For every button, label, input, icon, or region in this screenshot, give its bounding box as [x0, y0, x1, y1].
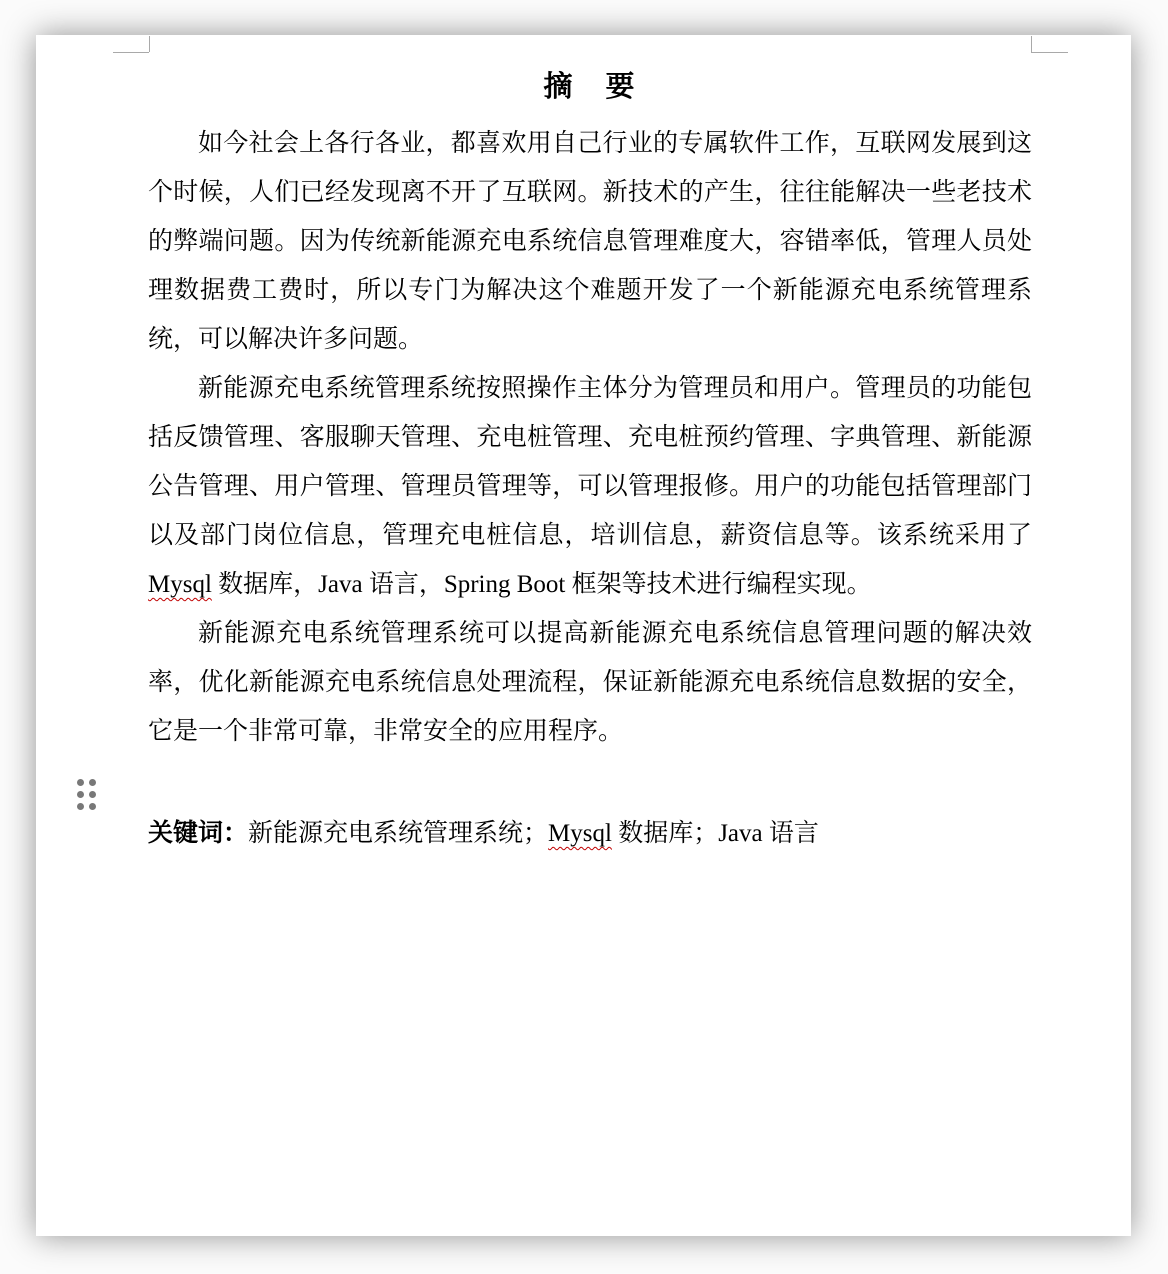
keywords-label: 关键词：: [148, 820, 248, 847]
text-run: 数据库；Java 语言: [612, 820, 819, 847]
document-body: 如今社会上各行各业，都喜欢用自己行业的专属软件工作，互联网发展到这个时候，人们已…: [148, 119, 1032, 756]
paragraph: 新能源充电系统管理系统可以提高新能源充电系统信息管理问题的解决效率，优化新能源充…: [148, 609, 1032, 756]
misspelled-word: Mysql: [548, 820, 612, 847]
drag-handle-dot: [89, 779, 96, 786]
document-viewer-background: 摘 要 如今社会上各行各业，都喜欢用自己行业的专属软件工作，互联网发展到这个时候…: [0, 0, 1168, 1274]
margin-crop-mark-top-left: [113, 52, 149, 53]
drag-handle-dot: [89, 803, 96, 810]
keywords-text: 新能源充电系统管理系统；Mysql 数据库；Java 语言: [248, 820, 819, 847]
keywords-line: 关键词：新能源充电系统管理系统；Mysql 数据库；Java 语言: [148, 809, 1032, 858]
misspelled-word: Mysql: [148, 571, 212, 598]
text-area: 摘 要 如今社会上各行各业，都喜欢用自己行业的专属软件工作，互联网发展到这个时候…: [148, 35, 1032, 858]
text-run: 新能源充电系统管理系统；: [248, 820, 548, 847]
text-run: 数据库，Java 语言，Spring Boot 框架等技术进行编程实现。: [212, 571, 872, 598]
text-run: 新能源充电系统管理系统可以提高新能源充电系统信息管理问题的解决效率，优化新能源充…: [148, 620, 1032, 745]
text-run: 新能源充电系统管理系统按照操作主体分为管理员和用户。管理员的功能包括反馈管理、客…: [148, 375, 1032, 549]
drag-handle-icon[interactable]: [77, 779, 96, 810]
text-run: 如今社会上各行各业，都喜欢用自己行业的专属软件工作，互联网发展到这个时候，人们已…: [148, 130, 1032, 353]
drag-handle-dot: [77, 791, 84, 798]
drag-handle-dot: [89, 791, 96, 798]
paragraph: 如今社会上各行各业，都喜欢用自己行业的专属软件工作，互联网发展到这个时候，人们已…: [148, 119, 1032, 364]
drag-handle-dot: [77, 779, 84, 786]
paragraph: 新能源充电系统管理系统按照操作主体分为管理员和用户。管理员的功能包括反馈管理、客…: [148, 364, 1032, 609]
margin-crop-mark-top-right: [1031, 52, 1068, 53]
document-page[interactable]: 摘 要 如今社会上各行各业，都喜欢用自己行业的专属软件工作，互联网发展到这个时候…: [36, 35, 1131, 1236]
page-title: 摘 要: [148, 72, 1032, 103]
drag-handle-dot: [77, 803, 84, 810]
